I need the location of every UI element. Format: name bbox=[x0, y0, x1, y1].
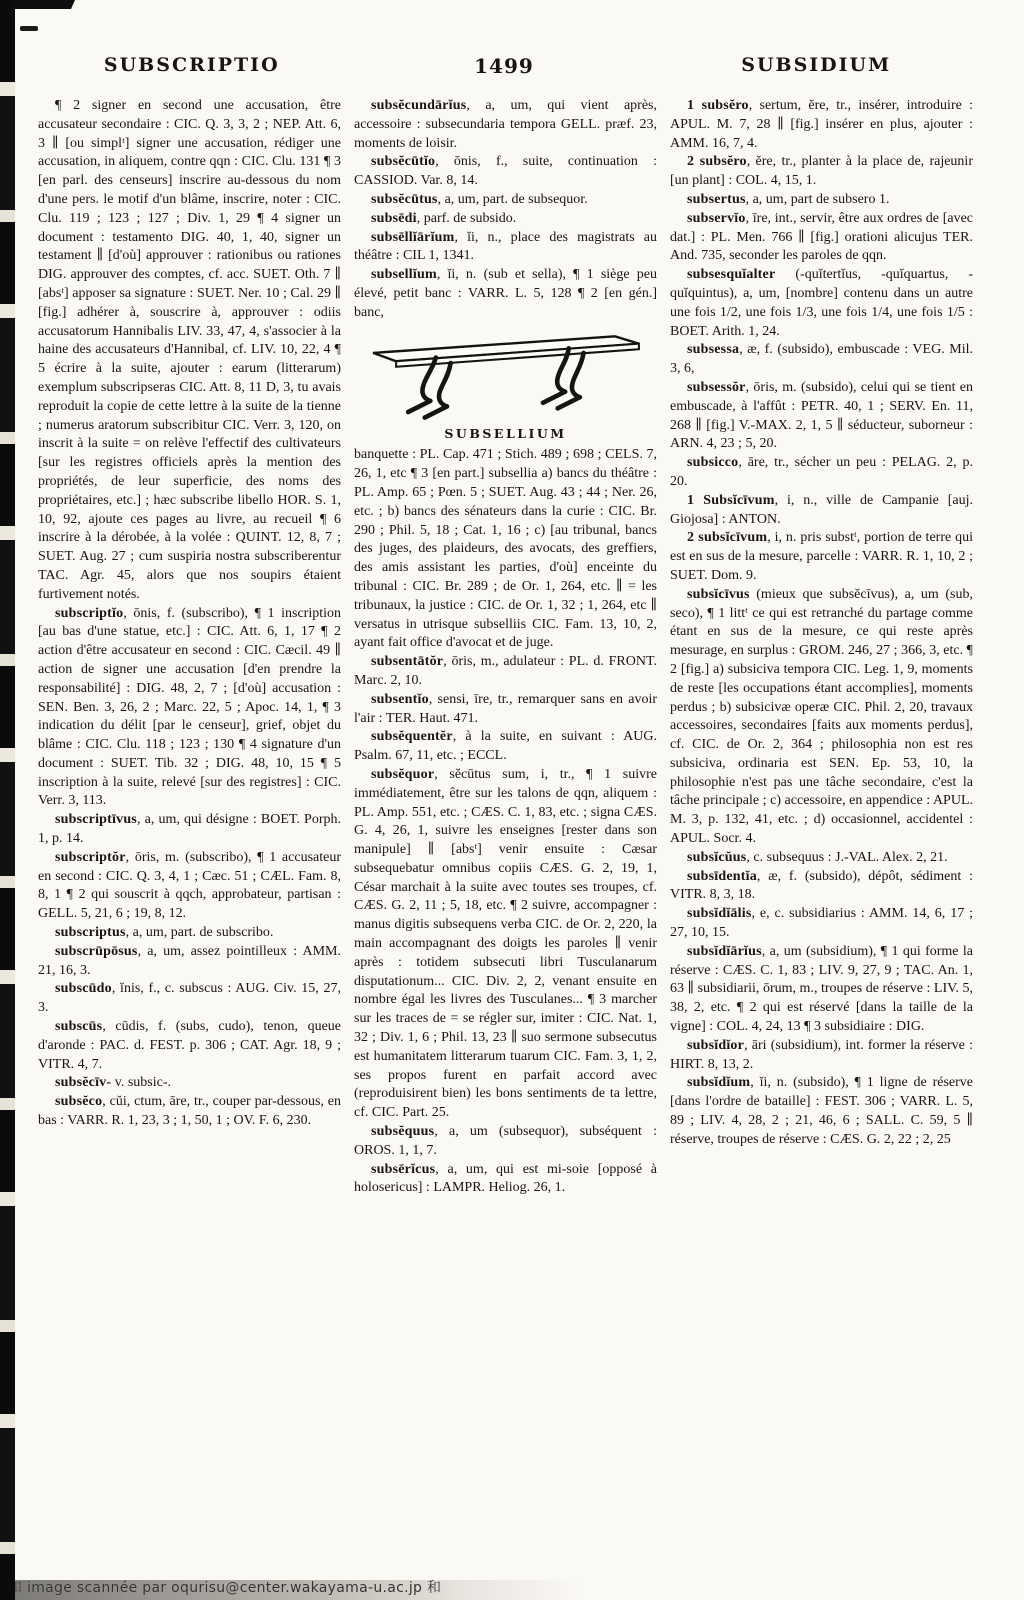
dictionary-entry: 2 subsĭcīvum, i, n. pris substᵗ, portion… bbox=[670, 529, 973, 585]
dictionary-entry: subsĭdĭor, āri (subsidium), int. former … bbox=[670, 1037, 973, 1075]
entry-headword: subscriptĭo bbox=[55, 606, 123, 621]
dictionary-entry: subscriptus, a, um, part. de subscribo. bbox=[38, 924, 341, 943]
entry-headword: subsentĭo bbox=[371, 692, 429, 707]
dictionary-entry: subsicco, āre, tr., sécher un peu : PELA… bbox=[670, 454, 973, 492]
dictionary-entry: subsĕquor, sĕcūtus sum, i, tr., ¶ 1 suiv… bbox=[354, 766, 657, 1123]
subsellium-figure: SUBSELLIUM bbox=[354, 328, 657, 444]
entry-headword: subsĕcundārĭus bbox=[371, 98, 466, 113]
figure-caption: SUBSELLIUM bbox=[354, 425, 657, 444]
entry-headword: subsĕquentĕr bbox=[371, 729, 453, 744]
scan-watermark: 和 image scannée par oqurisu@center.wakay… bbox=[8, 1577, 441, 1597]
entry-headword: subsĕco bbox=[55, 1094, 102, 1109]
dictionary-entry: subscūdo, ĭnis, f., c. subscus : AUG. Ci… bbox=[38, 980, 341, 1018]
entry-headword: subscūs bbox=[55, 1019, 102, 1034]
entry-headword: subsĕcūtĭo bbox=[371, 154, 435, 169]
entry-headword: subsesquĭalter bbox=[687, 267, 775, 282]
entry-headword: subsĕquor bbox=[371, 767, 434, 782]
entry-headword: subsessa bbox=[687, 342, 739, 357]
dictionary-entry: subsĭcīvus (mieux que subsĕcīvus), a, um… bbox=[670, 586, 973, 849]
dictionary-entry: subsĕcūtus, a, um, part. de subsequor. bbox=[354, 191, 657, 210]
entry-headword: subsertus bbox=[687, 192, 746, 207]
entry-headword: 2 subsĕro bbox=[687, 154, 747, 169]
entry-headword: subsĭdĭālis bbox=[687, 906, 751, 921]
page-number: 1499 bbox=[346, 54, 663, 78]
dictionary-entry: 1 subsĕro, sertum, ĕre, tr., insérer, in… bbox=[670, 97, 973, 153]
entry-headword: subscriptīvus bbox=[55, 812, 137, 827]
entry-headword: subsĭdĭum bbox=[687, 1075, 750, 1090]
dictionary-entry: subsīdentĭa, æ, f. (subsido), dépôt, séd… bbox=[670, 868, 973, 906]
dictionary-entry: subsĭcŭus, c. subsequus : J.-VAL. Alex. … bbox=[670, 849, 973, 868]
entry-headword: subsĕcūtus bbox=[371, 192, 438, 207]
entry-headword: subsĭcīvus bbox=[687, 587, 750, 602]
dictionary-entry: 2 subsĕro, ĕre, tr., planter à la place … bbox=[670, 153, 973, 191]
dictionary-entry: subservĭo, īre, int., servir, être aux o… bbox=[670, 210, 973, 266]
bench-illustration bbox=[367, 328, 645, 424]
dictionary-entry: subsentātŏr, ōris, m., adulateur : PL. d… bbox=[354, 653, 657, 691]
dictionary-entry: subscriptŏr, ōris, m. (subscribo), ¶ 1 a… bbox=[38, 849, 341, 924]
dictionary-entry: subsēdi, parf. de subsido. bbox=[354, 210, 657, 229]
dictionary-entry-continuation: banquette : PL. Cap. 471 ; Stich. 489 ; … bbox=[354, 446, 657, 653]
entry-headword: subsellĭum bbox=[371, 267, 437, 282]
dictionary-entry: subsēllĭārĭum, ĭi, n., place des magistr… bbox=[354, 229, 657, 267]
entry-headword: subsēdi bbox=[371, 211, 417, 226]
dictionary-entry: subscūs, cūdis, f. (subs, cudo), tenon, … bbox=[38, 1018, 341, 1074]
dictionary-entry: subsĭdĭum, ĭi, n. (subsido), ¶ 1 ligne d… bbox=[670, 1074, 973, 1149]
dictionary-entry: subsesquĭalter (-quĭtertĭus, -quĭquartus… bbox=[670, 266, 973, 341]
dictionary-entry: subsĕcīv- v. subsic-. bbox=[38, 1074, 341, 1093]
dictionary-entry: subsertus, a, um, part de subsero 1. bbox=[670, 191, 973, 210]
dictionary-entry: subsĕquentĕr, à la suite, en suivant : A… bbox=[354, 728, 657, 766]
entry-headword: subsĭdĭārĭus bbox=[687, 944, 762, 959]
dictionary-entry: subscriptīvus, a, um, qui désigne : BOET… bbox=[38, 811, 341, 849]
entry-headword: 1 Subsĭcīvum bbox=[687, 493, 775, 508]
dictionary-entry: subsērĭcus, a, um, qui est mi-soie [oppo… bbox=[354, 1161, 657, 1199]
entry-headword: subsĭdĭor bbox=[687, 1038, 744, 1053]
scan-edge-artifact bbox=[0, 0, 15, 1600]
dictionary-entry: subsĭdĭārĭus, a, um (subsidium), ¶ 1 qui… bbox=[670, 943, 973, 1037]
entry-headword: subsicco bbox=[687, 455, 738, 470]
entry-headword: subscrūpōsus bbox=[55, 944, 138, 959]
dictionary-entry: subsĕquus, a, um (subsequor), subséquent… bbox=[354, 1123, 657, 1161]
scan-corner-artifact bbox=[11, 0, 75, 9]
entry-headword: subsĕquus bbox=[371, 1124, 434, 1139]
dictionary-entry: subsĕco, cŭi, ctum, āre, tr., couper par… bbox=[38, 1093, 341, 1131]
entry-headword: subsīdentĭa bbox=[687, 869, 757, 884]
entry-headword: subscriptus bbox=[55, 925, 126, 940]
dictionary-entry-continuation: ¶ 2 signer en second une accusation, êtr… bbox=[38, 97, 341, 605]
dictionary-entry: 1 Subsĭcīvum, i, n., ville de Campanie [… bbox=[670, 492, 973, 530]
entry-headword: subsērĭcus bbox=[371, 1162, 435, 1177]
column-2: subsĕcundārĭus, a, um, qui vient après, … bbox=[354, 97, 657, 1565]
entry-headword: subsessŏr bbox=[687, 380, 746, 395]
running-head-left: SUBSCRIPTIO bbox=[38, 54, 346, 78]
entry-headword: subscriptŏr bbox=[55, 850, 126, 865]
entry-headword: 1 subsĕro bbox=[687, 98, 749, 113]
entry-headword: subservĭo bbox=[687, 211, 746, 226]
dictionary-entry: subscrūpōsus, a, um, assez pointilleux :… bbox=[38, 943, 341, 981]
dictionary-entry: subsellĭum, ĭi, n. (sub et sella), ¶ 1 s… bbox=[354, 266, 657, 322]
entry-headword: subsĕcīv- bbox=[55, 1075, 111, 1090]
dictionary-entry: subsentĭo, sensi, īre, tr., remarquer sa… bbox=[354, 691, 657, 729]
dictionary-columns: ¶ 2 signer en second une accusation, êtr… bbox=[38, 97, 974, 1565]
dictionary-entry: subsĕcūtĭo, ōnis, f., suite, continuatio… bbox=[354, 153, 657, 191]
page-header: SUBSCRIPTIO 1499 SUBSIDIUM bbox=[38, 54, 970, 78]
column-1: ¶ 2 signer en second une accusation, êtr… bbox=[38, 97, 341, 1565]
entry-headword: subsĭcŭus bbox=[687, 850, 746, 865]
dictionary-entry: subsĕcundārĭus, a, um, qui vient après, … bbox=[354, 97, 657, 153]
column-3: 1 subsĕro, sertum, ĕre, tr., insérer, in… bbox=[670, 97, 973, 1565]
dictionary-entry: subsessa, æ, f. (subsido), embuscade : V… bbox=[670, 341, 973, 379]
entry-headword: subsentātŏr bbox=[371, 654, 443, 669]
entry-headword: 2 subsĭcīvum bbox=[687, 530, 767, 545]
dictionary-entry: subsessŏr, ōris, m. (subsido), celui qui… bbox=[670, 379, 973, 454]
running-head-right: SUBSIDIUM bbox=[662, 54, 970, 78]
dictionary-entry: subscriptĭo, ōnis, f. (subscribo), ¶ 1 i… bbox=[38, 605, 341, 812]
scan-corner-artifact-small bbox=[20, 26, 38, 31]
dictionary-entry: subsĭdĭālis, e, c. subsidiarius : AMM. 1… bbox=[670, 905, 973, 943]
entry-headword: subsēllĭārĭum bbox=[371, 230, 455, 245]
entry-headword: subscūdo bbox=[55, 981, 112, 996]
